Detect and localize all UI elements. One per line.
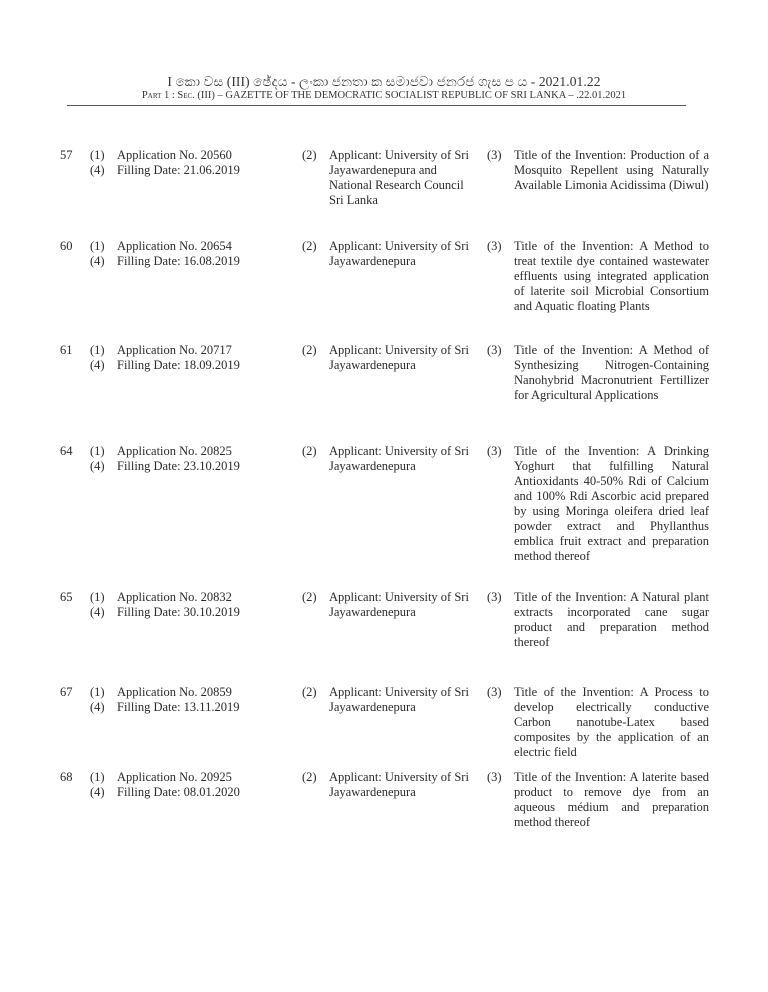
title-marker: (3)	[487, 239, 514, 314]
applicant-marker: (2)	[302, 444, 329, 474]
filing-date: Filling Date: 13.11.2019	[117, 700, 239, 715]
filing-date-marker: (4)	[90, 163, 117, 178]
gazette-header-sinhala: I කො වස (III) ඡේදය - ලංකා ජනතා ක සමාජවා …	[0, 74, 768, 90]
applicant-name: Applicant: University of Sri Jayawardene…	[329, 343, 477, 373]
applicant-column: (2) Applicant: University of Sri Jayawar…	[302, 239, 477, 269]
applicant-name: Applicant: University of Sri Jayawardene…	[329, 444, 477, 474]
applicant-marker: (2)	[302, 239, 329, 269]
filing-date: Filling Date: 18.09.2019	[117, 358, 240, 373]
applicant-column: (2) Applicant: University of Sri Jayawar…	[302, 343, 477, 373]
filing-date: Filling Date: 16.08.2019	[117, 254, 240, 269]
applicant-name: Applicant: University of Sri Jayawardene…	[329, 770, 477, 800]
application-number: Application No. 20825	[117, 444, 232, 459]
application-column: (1) Application No. 20560 (4) Filling Da…	[90, 148, 300, 178]
application-column: (1) Application No. 20925 (4) Filling Da…	[90, 770, 300, 800]
filing-date: Filling Date: 30.10.2019	[117, 605, 240, 620]
invention-title-column: (3) Title of the Invention: Production o…	[487, 148, 711, 193]
application-number: Application No. 20560	[117, 148, 232, 163]
filing-date: Filling Date: 23.10.2019	[117, 459, 240, 474]
filing-date: Filling Date: 08.01.2020	[117, 785, 240, 800]
invention-title: Title of the Invention: A Method to trea…	[514, 239, 709, 314]
filing-date-marker: (4)	[90, 254, 117, 269]
filing-date-marker: (4)	[90, 700, 117, 715]
entry-number: 61	[60, 343, 82, 358]
title-marker: (3)	[487, 444, 514, 564]
invention-title: Title of the Invention: Production of a …	[514, 148, 709, 193]
entry-number: 64	[60, 444, 82, 459]
entry-number: 65	[60, 590, 82, 605]
application-number: Application No. 20832	[117, 590, 232, 605]
applicant-name: Applicant: University of Sri Jayawardene…	[329, 590, 477, 620]
applicant-column: (2) Applicant: University of Sri Jayawar…	[302, 444, 477, 474]
application-marker: (1)	[90, 590, 117, 605]
applicant-column: (2) Applicant: University of Sri Jayawar…	[302, 685, 477, 715]
title-marker: (3)	[487, 590, 514, 650]
invention-title-column: (3) Title of the Invention: A Drinking Y…	[487, 444, 711, 564]
applicant-marker: (2)	[302, 685, 329, 715]
header-divider	[67, 105, 686, 106]
applicant-name: Applicant: University of Sri Jayawardene…	[329, 685, 477, 715]
invention-title: Title of the Invention: A Process to dev…	[514, 685, 709, 760]
title-marker: (3)	[487, 770, 514, 830]
invention-title-column: (3) Title of the Invention: A Natural pl…	[487, 590, 711, 650]
application-number: Application No. 20925	[117, 770, 232, 785]
filing-date-marker: (4)	[90, 459, 117, 474]
invention-title-column: (3) Title of the Invention: A Method to …	[487, 239, 711, 314]
invention-title: Title of the Invention: A laterite based…	[514, 770, 709, 830]
invention-title-column: (3) Title of the Invention: A Process to…	[487, 685, 711, 760]
applicant-column: (2) Applicant: University of Sri Jayawar…	[302, 770, 477, 800]
application-column: (1) Application No. 20717 (4) Filling Da…	[90, 343, 300, 373]
application-marker: (1)	[90, 685, 117, 700]
applicant-marker: (2)	[302, 148, 329, 208]
entry-number: 57	[60, 148, 82, 163]
invention-title: Title of the Invention: A Natural plant …	[514, 590, 709, 650]
applicant-name: Applicant: University of Sri Jayawardene…	[329, 148, 477, 208]
filing-date-marker: (4)	[90, 358, 117, 373]
invention-title-column: (3) Title of the Invention: A Method of …	[487, 343, 711, 403]
application-marker: (1)	[90, 444, 117, 459]
title-marker: (3)	[487, 685, 514, 760]
application-marker: (1)	[90, 343, 117, 358]
application-number: Application No. 20859	[117, 685, 232, 700]
application-number: Application No. 20654	[117, 239, 232, 254]
application-marker: (1)	[90, 239, 117, 254]
title-marker: (3)	[487, 148, 514, 193]
title-marker: (3)	[487, 343, 514, 403]
part-section-label: Part 1 : Sec. (III)	[142, 90, 215, 101]
filing-date-marker: (4)	[90, 785, 117, 800]
invention-title: Title of the Invention: A Drinking Yoghu…	[514, 444, 709, 564]
gazette-title: – GAZETTE OF THE DEMOCRATIC SOCIALIST RE…	[215, 90, 626, 101]
filing-date-marker: (4)	[90, 605, 117, 620]
applicant-marker: (2)	[302, 590, 329, 620]
application-column: (1) Application No. 20654 (4) Filling Da…	[90, 239, 300, 269]
application-marker: (1)	[90, 148, 117, 163]
applicant-marker: (2)	[302, 770, 329, 800]
invention-title-column: (3) Title of the Invention: A laterite b…	[487, 770, 711, 830]
application-marker: (1)	[90, 770, 117, 785]
applicant-marker: (2)	[302, 343, 329, 373]
entry-number: 60	[60, 239, 82, 254]
application-column: (1) Application No. 20859 (4) Filling Da…	[90, 685, 300, 715]
application-column: (1) Application No. 20825 (4) Filling Da…	[90, 444, 300, 474]
applicant-column: (2) Applicant: University of Sri Jayawar…	[302, 148, 477, 208]
gazette-header-english: Part 1 : Sec. (III) – GAZETTE OF THE DEM…	[0, 90, 768, 101]
filing-date: Filling Date: 21.06.2019	[117, 163, 240, 178]
entry-number: 68	[60, 770, 82, 785]
applicant-column: (2) Applicant: University of Sri Jayawar…	[302, 590, 477, 620]
application-column: (1) Application No. 20832 (4) Filling Da…	[90, 590, 300, 620]
applicant-name: Applicant: University of Sri Jayawardene…	[329, 239, 477, 269]
application-number: Application No. 20717	[117, 343, 232, 358]
entry-number: 67	[60, 685, 82, 700]
invention-title: Title of the Invention: A Method of Synt…	[514, 343, 709, 403]
